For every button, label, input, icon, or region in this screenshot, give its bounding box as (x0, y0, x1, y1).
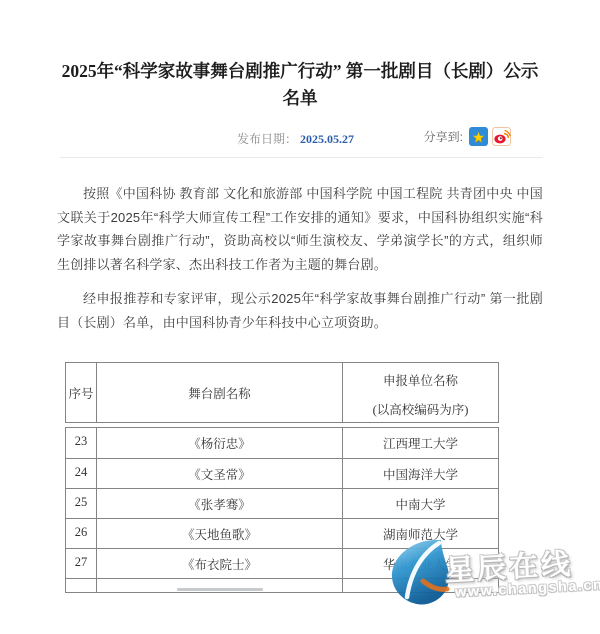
row-unit-name: 中南大学 (343, 489, 498, 518)
publish-date-label: 发布日期： (237, 132, 297, 146)
row-play-title (97, 579, 343, 593)
table-row: 23 《杨衍忠》 江西理工大学 (66, 428, 498, 458)
header-cell-number: 序号 (66, 363, 97, 422)
row-play-title: 《天地鱼歌》 (97, 519, 343, 548)
paragraph-1: 按照《中国科协 教育部 文化和旅游部 中国科学院 中国工程院 共青团中央 中国文… (57, 182, 543, 276)
publish-date: 发布日期：2025.05.27 (237, 130, 354, 147)
row-number: 25 (66, 489, 97, 518)
row-unit-name: 中国海洋大学 (343, 459, 498, 488)
shortlist-table: 序号 舞台剧名称 申报单位名称 (以高校编码为序) 23 《杨衍忠》 江西理工大… (65, 362, 499, 593)
table-row: 26 《天地鱼歌》 湖南师范大学 (66, 518, 498, 548)
share-label: 分享到: (424, 128, 463, 145)
row-play-title: 《布衣院士》 (97, 549, 343, 578)
row-number: 23 (66, 428, 97, 458)
table-row-clipped (66, 578, 498, 593)
header-divider (60, 157, 543, 158)
weibo-icon (492, 127, 511, 146)
page-title: 2025年“科学家故事舞台剧推广行动” 第一批剧目（长剧）公示名单 (61, 58, 539, 112)
publish-date-value: 2025.05.27 (300, 132, 354, 146)
header-cell-play: 舞台剧名称 (97, 363, 343, 422)
row-play-title: 《文圣常》 (97, 459, 343, 488)
meta-row: 发布日期：2025.05.27 分享到: ★ (57, 127, 543, 147)
announcement-body: 按照《中国科协 教育部 文化和旅游部 中国科学院 中国工程院 共青团中央 中国文… (57, 182, 543, 334)
row-number: 27 (66, 549, 97, 578)
header-cell-unit: 申报单位名称 (以高校编码为序) (343, 363, 498, 422)
paragraph-2: 经申报推荐和专家评审，现公示2025年“科学家故事舞台剧推广行动” 第一批剧目（… (57, 287, 543, 334)
table-header-row: 序号 舞台剧名称 申报单位名称 (以高校编码为序) (65, 362, 499, 423)
table-row: 25 《张孝骞》 中南大学 (66, 488, 498, 518)
row-unit-name: 江西理工大学 (343, 428, 498, 458)
row-unit-name (343, 579, 498, 593)
table-body: 23 《杨衍忠》 江西理工大学 24 《文圣常》 中国海洋大学 25 《张孝骞》… (65, 427, 499, 593)
share-bar: 分享到: ★ (424, 127, 511, 146)
row-number (66, 579, 97, 593)
share-qzone-button[interactable]: ★ (469, 127, 488, 146)
row-number: 26 (66, 519, 97, 548)
table-row: 24 《文圣常》 中国海洋大学 (66, 458, 498, 488)
row-play-title: 《张孝骞》 (97, 489, 343, 518)
table-row: 27 《布衣院士》 华南农业大学 (66, 548, 498, 578)
header-unit-title: 申报单位名称 (383, 371, 458, 389)
row-play-title: 《杨衍忠》 (97, 428, 343, 458)
share-weibo-button[interactable] (492, 127, 511, 146)
qzone-star-icon: ★ (472, 130, 485, 144)
announcement-page: 2025年“科学家故事舞台剧推广行动” 第一批剧目（长剧）公示名单 发布日期：2… (0, 0, 600, 634)
row-unit-name: 湖南师范大学 (343, 519, 498, 548)
header-unit-note: (以高校编码为序) (373, 400, 469, 418)
row-number: 24 (66, 459, 97, 488)
clipped-text-hint (177, 588, 263, 591)
row-unit-name: 华南农业大学 (343, 549, 498, 578)
